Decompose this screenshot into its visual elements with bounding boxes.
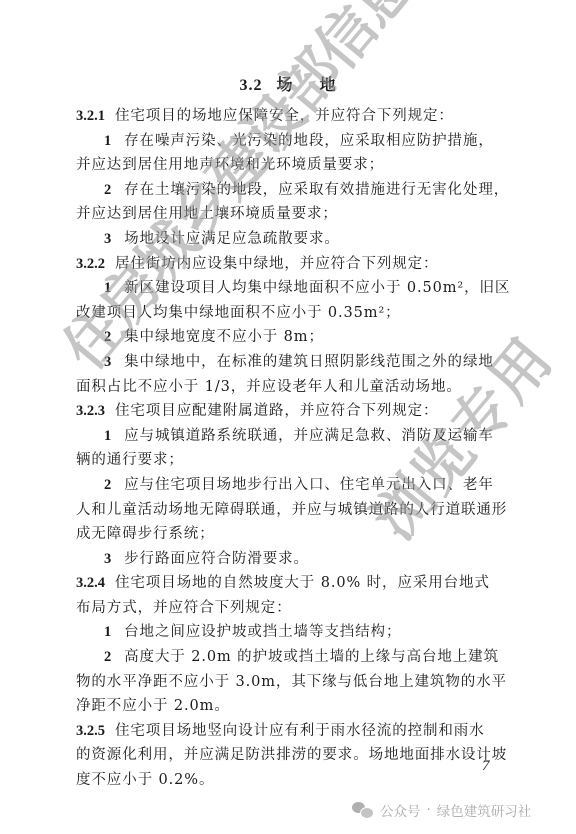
continuation-line: 改建项目人均集中绿地面积不应小于 0.35m²； [76,301,506,326]
item-line: 3场地设计应满足应急疏散要求。 [76,227,506,252]
line-text: 成无障碍步行系统； [76,526,215,542]
item-number: 2 [104,477,112,493]
item-line: 3集中绿地中，在标准的建筑日照阴影线范围之外的绿地 [76,350,506,375]
line-text: 集中绿地中，在标准的建筑日照阴影线范围之外的绿地 [124,354,494,370]
line-text: 集中绿地宽度不应小于 8m； [124,329,324,345]
clause-number: 3.2.1 [76,108,105,124]
item-line: 2存在土壤污染的地段，应采取有效措施进行无害化处理， [76,178,506,203]
line-text: 面积占比不应小于 1/3，并应设老年人和儿童活动场地。 [76,379,462,395]
clause-number: 3.2.2 [76,256,105,272]
continuation-line: 成无障碍步行系统； [76,522,506,547]
item-line: 1新区建设项目人均集中绿地面积不应小于 0.50m²，旧区 [76,276,506,301]
line-text: 度不应小于 0.2%。 [76,772,214,788]
continuation-line: 的资源化利用，并应满足防洪排涝的要求。场地地面排水设计坡 [76,743,506,768]
continuation-line: 布局方式，并应符合下列规定： [76,596,506,621]
clause-line: 3.2.2居住街坊内应设集中绿地，并应符合下列规定： [76,252,506,277]
line-text: 人和儿童活动场地无障碍联通，并应与城镇道路的人行道联通形 [76,502,507,518]
item-number: 2 [104,182,112,198]
line-text: 居住街坊内应设集中绿地，并应符合下列规定： [115,256,438,272]
item-number: 3 [104,551,112,567]
line-text: 住宅项目的场地应保障安全，并应符合下列规定： [115,108,454,124]
wechat-icon [352,802,374,818]
page-number: 7 [482,758,490,775]
line-text: 应与城镇道路系统联通，并应满足急救、消防及运输车 [124,428,494,444]
clause-number: 3.2.3 [76,403,105,419]
continuation-line: 度不应小于 0.2%。 [76,768,506,793]
item-line: 1存在噪声污染、光污染的地段，应采取相应防护措施， [76,129,506,154]
line-text: 净距不应小于 2.0m。 [76,698,230,714]
line-text: 的资源化利用，并应满足防洪排涝的要求。场地地面排水设计坡 [76,747,507,763]
item-line: 3步行路面应符合防滑要求。 [76,547,506,572]
clause-number: 3.2.4 [76,575,105,591]
line-text: 新区建设项目人均集中绿地面积不应小于 0.50m²，旧区 [124,280,510,296]
item-number: 2 [104,329,112,345]
wechat-footer: 公众号 · 绿色建筑研习社 [352,800,531,820]
clause-line: 3.2.3住宅项目应配建附属道路，并应符合下列规定： [76,399,506,424]
line-text: 住宅项目应配建附属道路，并应符合下列规定： [115,403,438,419]
clause-line: 3.2.5住宅项目场地竖向设计应有利于雨水径流的控制和雨水 [76,719,506,744]
line-text: 住宅项目场地竖向设计应有利于雨水径流的控制和雨水 [115,723,485,739]
line-text: 物的水平净距不应小于 3.0m，其下缘与低台地上建筑物的水平 [76,674,507,690]
continuation-line: 并应达到居住用地声环境和光环境质量要求； [76,153,506,178]
line-text: 应与住宅项目场地步行出入口、住宅单元出入口、老年 [124,477,494,493]
item-number: 3 [104,231,112,247]
item-number: 1 [104,133,112,149]
line-text: 步行路面应符合防滑要求。 [124,551,309,567]
item-number: 1 [104,280,112,296]
footer-account: 绿色建筑研习社 [437,800,532,820]
line-text: 改建项目人均集中绿地面积不应小于 0.35m²； [76,305,401,321]
item-line: 2应与住宅项目场地步行出入口、住宅单元出入口、老年 [76,473,506,498]
continuation-line: 物的水平净距不应小于 3.0m，其下缘与低台地上建筑物的水平 [76,670,506,695]
item-number: 1 [104,428,112,444]
continuation-line: 辆的通行要求； [76,448,506,473]
item-line: 1台地之间应设护坡或挡土墙等支挡结构； [76,620,506,645]
clause-line: 3.2.1住宅项目的场地应保障安全，并应符合下列规定： [76,104,506,129]
item-number: 3 [104,354,112,370]
line-text: 存在噪声污染、光污染的地段，应采取相应防护措施， [124,133,494,149]
line-text: 住宅项目场地的自然坡度大于 8.0% 时，应采用台地式 [115,575,490,591]
body-text: 3.2.1住宅项目的场地应保障安全，并应符合下列规定：1存在噪声污染、光污染的地… [76,104,506,793]
section-number: 3.2 [239,77,262,94]
item-number: 2 [104,649,112,665]
item-line: 1应与城镇道路系统联通，并应满足急救、消防及运输车 [76,424,506,449]
line-text: 场地设计应满足应急疏散要求。 [124,231,340,247]
line-text: 布局方式，并应符合下列规定： [76,600,292,616]
item-line: 2集中绿地宽度不应小于 8m； [76,325,506,350]
item-number: 1 [104,624,112,640]
continuation-line: 面积占比不应小于 1/3，并应设老年人和儿童活动场地。 [76,375,506,400]
section-title-char-1: 场 [276,75,293,94]
document-page: 3.2场地 3.2.1住宅项目的场地应保障安全，并应符合下列规定：1存在噪声污染… [0,0,576,834]
clause-number: 3.2.5 [76,723,105,739]
footer-label: 公众号 [380,800,421,820]
footer-separator: · [427,802,431,818]
item-line: 2高度大于 2.0m 的护坡或挡土墙的上缘与高台地上建筑 [76,645,506,670]
line-text: 辆的通行要求； [76,452,184,468]
continuation-line: 并应达到居住用地土壤环境质量要求； [76,202,506,227]
continuation-line: 人和儿童活动场地无障碍联通，并应与城镇道路的人行道联通形 [76,498,506,523]
clause-line: 3.2.4住宅项目场地的自然坡度大于 8.0% 时，应采用台地式 [76,571,506,596]
line-text: 并应达到居住用地声环境和光环境质量要求； [76,157,384,173]
section-title: 3.2场地 [0,72,576,95]
line-text: 高度大于 2.0m 的护坡或挡土墙的上缘与高台地上建筑 [124,649,499,665]
line-text: 并应达到居住用地土壤环境质量要求； [76,206,338,222]
line-text: 存在土壤污染的地段，应采取有效措施进行无害化处理， [124,182,509,198]
line-text: 台地之间应设护坡或挡土墙等支挡结构； [124,624,401,640]
section-title-char-2: 地 [320,75,337,94]
continuation-line: 净距不应小于 2.0m。 [76,694,506,719]
